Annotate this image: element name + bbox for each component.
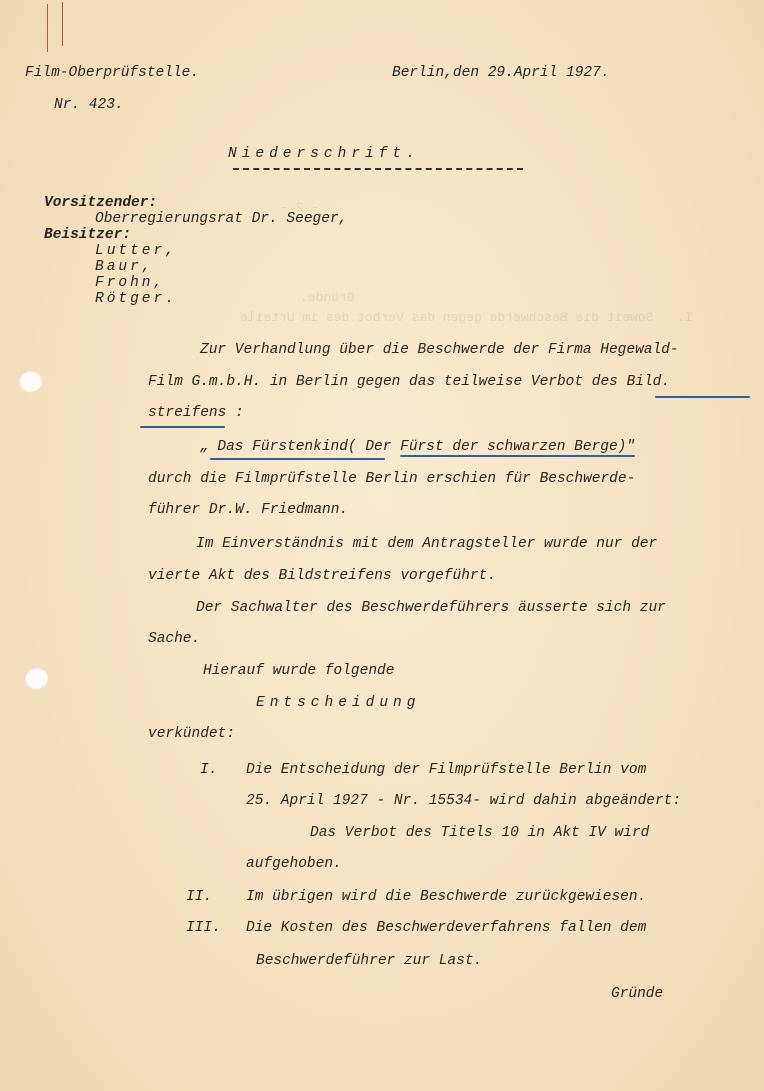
ruling-line: Das Verbot des Titels 10 in Akt IV wird — [310, 826, 649, 841]
ruling-line: Die Entscheidung der Filmprüfstelle Berl… — [246, 763, 646, 778]
pencil-underline — [210, 458, 385, 460]
pencil-underline — [655, 396, 750, 398]
place-date: Berlin,den 29.April 1927. — [392, 66, 610, 81]
ruling-number: III. — [186, 921, 221, 936]
ruling-line: 25. April 1927 - Nr. 15534- wird dahin a… — [246, 794, 681, 809]
assessors-label: Beisitzer: — [44, 228, 131, 243]
ruling-line: Im übrigen wird die Beschwerde zurückgew… — [246, 890, 646, 905]
title-underline — [233, 168, 523, 170]
paragraph-line: vierte Akt des Bildstreifens vorgeführt. — [148, 569, 496, 584]
margin-mark — [62, 2, 63, 46]
announced-label: verkündet: — [148, 727, 235, 742]
paragraph-line: führer Dr.W. Friedmann. — [148, 503, 348, 518]
paragraph-line: Der Sachwalter des Beschwerdeführers äus… — [196, 601, 666, 616]
punch-hole — [18, 370, 42, 392]
document-title: Niederschrift. — [228, 147, 420, 162]
ruling-line: Die Kosten des Beschwerdeverfahrens fall… — [246, 921, 646, 936]
paragraph-line: Film G.m.b.H. in Berlin gegen das teilwe… — [148, 375, 670, 390]
film-title: „ Das Fürstenkind( Der Fürst der schwarz… — [200, 440, 635, 455]
ruling-number: I. — [200, 763, 217, 778]
assessor: Frohn, — [95, 276, 165, 291]
assessor: Baur, — [95, 260, 154, 275]
office-name: Film-Oberprüfstelle. — [25, 66, 199, 81]
paragraph-line: Zur Verhandlung über die Beschwerde der … — [200, 343, 679, 358]
punch-hole — [24, 667, 48, 689]
assessor: Rötger. — [95, 292, 177, 307]
paragraph-line: Sache. — [148, 632, 200, 647]
document-page: - 2 - Gründe. I. Soweit die Beschwerde g… — [0, 0, 764, 1091]
decision-heading: Entscheidung — [256, 696, 420, 711]
paragraph-line: durch die Filmprüfstelle Berlin erschien… — [148, 472, 635, 487]
document-number: Nr. 423. — [54, 98, 124, 113]
assessor: Lutter, — [95, 244, 177, 259]
paragraph-line: streifens : — [148, 406, 244, 421]
pencil-underline — [140, 426, 225, 428]
ruling-line: aufgehoben. — [246, 857, 342, 872]
ruling-number: II. — [186, 890, 212, 905]
paragraph-line: Hierauf wurde folgende — [203, 664, 394, 679]
next-section-heading: Gründe — [611, 987, 663, 1002]
pencil-underline — [400, 455, 635, 457]
chair-name: Oberregierungsrat Dr. Seeger, — [95, 212, 347, 227]
ruling-line: Beschwerdeführer zur Last. — [256, 954, 482, 969]
paragraph-line: Im Einverständnis mit dem Antragsteller … — [196, 537, 657, 552]
margin-mark — [47, 4, 48, 52]
chair-label: Vorsitzender: — [44, 196, 157, 211]
